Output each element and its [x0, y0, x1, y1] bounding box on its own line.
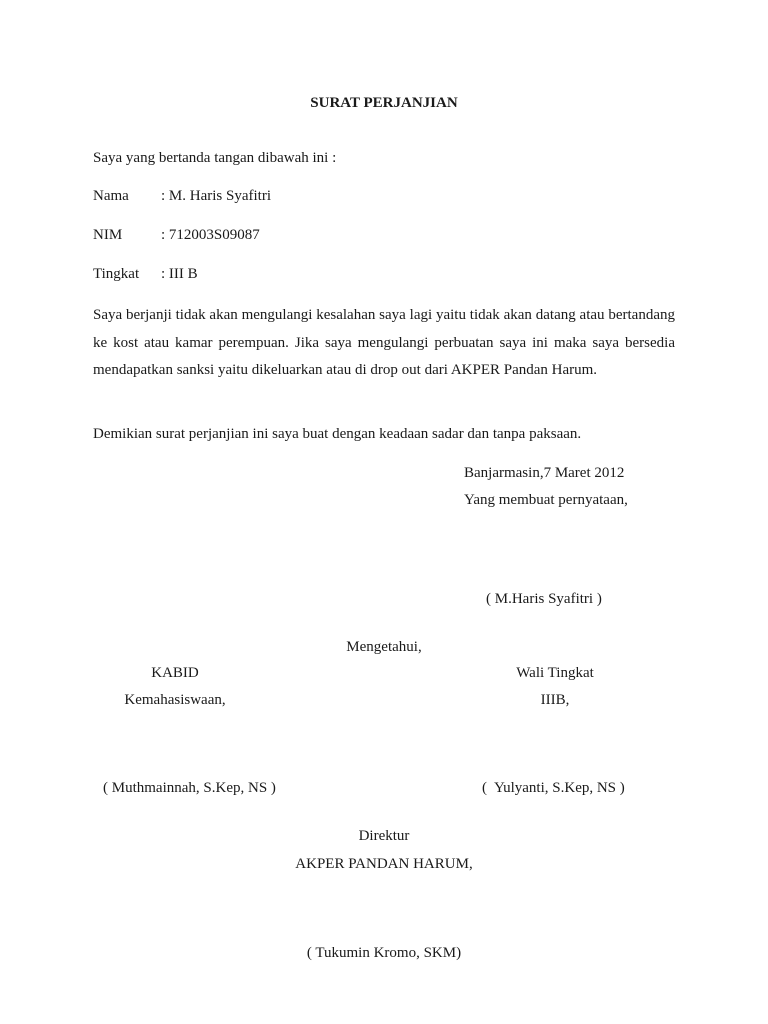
closing-text: Demikian surat perjanjian ini saya buat … — [93, 425, 581, 443]
maker-name: ( M.Haris Syafitri ) — [486, 590, 602, 608]
field-label-nim: NIM — [93, 226, 122, 244]
field-label-nama: Nama — [93, 187, 129, 205]
field-value-nama: : M. Haris Syafitri — [161, 187, 271, 205]
right-signatory-title-1: Wali Tingkat — [460, 664, 650, 682]
field-value-nim: : 712003S09087 — [161, 226, 260, 244]
right-signatory-name: ( Yulyanti, S.Kep, NS ) — [482, 779, 625, 797]
director-name: ( Tukumin Kromo, SKM) — [244, 944, 524, 962]
place-date: Banjarmasin,7 Maret 2012 — [464, 464, 624, 482]
left-signatory-title-1: KABID — [80, 664, 270, 682]
right-signatory-title-2: IIIB, — [460, 691, 650, 709]
left-signatory-title-2: Kemahasiswaan, — [80, 691, 270, 709]
field-value-tingkat: : III B — [161, 265, 198, 283]
acknowledged-label: Mengetahui, — [284, 638, 484, 656]
maker-label: Yang membuat pernyataan, — [464, 491, 628, 509]
director-title-1: Direktur — [284, 827, 484, 845]
field-label-tingkat: Tingkat — [93, 265, 139, 283]
document-title: SURAT PERJANJIAN — [0, 94, 768, 112]
statement-paragraph: Saya berjanji tidak akan mengulangi kesa… — [93, 302, 675, 385]
director-title-2: AKPER PANDAN HARUM, — [244, 855, 524, 873]
left-signatory-name: ( Muthmainnah, S.Kep, NS ) — [103, 779, 276, 797]
intro-text: Saya yang bertanda tangan dibawah ini : — [93, 149, 336, 167]
